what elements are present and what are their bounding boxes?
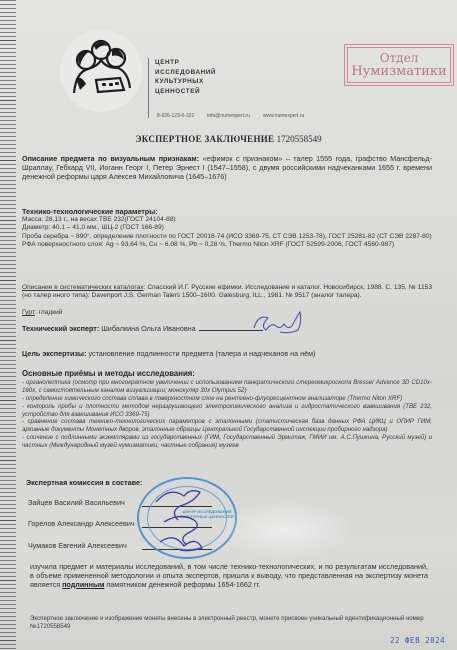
numismatics-department-stamp: Отдел Нумизматики	[344, 44, 454, 86]
title-text: ЭКСПЕРТНОЕ ЗАКЛЮЧЕНИЕ	[135, 134, 274, 144]
stamp-line-2: Нумизматики	[351, 65, 446, 79]
catalogs-section: Описание в систематических каталогах: Сп…	[22, 284, 432, 300]
phone-number: 8-926-123-0-321	[157, 113, 194, 119]
document-page: ЦЕНТР ИССЛЕДОВАНИЙ КУЛЬТУРНЫХ ЦЕННОСТЕЙ …	[0, 0, 457, 650]
stamp-line-1: Отдел	[380, 51, 419, 65]
org-name-line: ИССЛЕДОВАНИЙ	[155, 68, 216, 78]
commission-label: Экспертная комиссия в составе:	[26, 478, 142, 487]
commission-member: Зайцев Василий Васильевич	[28, 498, 125, 507]
commission-member: Горелов Александр Алексеевич	[28, 519, 135, 528]
edge-value: : гладкий	[35, 309, 63, 316]
commission-signatures-icon	[150, 482, 230, 557]
ruler-tick	[0, 400, 16, 401]
ruler-tick	[0, 460, 16, 461]
header-divider	[148, 58, 149, 118]
goal-text: установление подлинности предмета (талер…	[86, 349, 315, 358]
experts-logo-icon	[68, 38, 134, 98]
ruler-tick	[0, 280, 16, 281]
ruler-tick	[0, 160, 16, 161]
tech-param-mass: Масса: 28,13 г., на весах ТВЕ 232(ГОСТ 2…	[22, 216, 432, 224]
document-number: 1720558549	[277, 134, 322, 144]
method-item: - органолептика (осмотр при многократном…	[22, 379, 432, 395]
goal-label: Цель экспертизы:	[22, 349, 86, 358]
description-section: Описание предмета по визуальным признака…	[22, 155, 432, 182]
ruler-tick	[0, 640, 16, 641]
tech-expert-section: Технический эксперт: Шибалкина Ольга Ива…	[22, 323, 432, 334]
organization-name: ЦЕНТР ИССЛЕДОВАНИЙ КУЛЬТУРНЫХ ЦЕННОСТЕЙ	[155, 58, 216, 96]
method-item: - сравнение состава технико-технологичес…	[22, 418, 432, 434]
website-url: www.numexpert.ru	[263, 113, 304, 119]
org-name-line: ЦЕНТР	[155, 58, 216, 68]
document-title: ЭКСПЕРТНОЕ ЗАКЛЮЧЕНИЕ 1720558549	[0, 134, 457, 144]
methods-label: Основные приёмы и методы исследования:	[22, 370, 432, 379]
goal-section: Цель экспертизы: установление подлинност…	[22, 350, 432, 359]
catalogs-label: Описание в систематических каталогах	[22, 284, 144, 291]
tech-param-xrf: РФА поверхностного слоя: Ag ~ 93,64 %, C…	[22, 241, 432, 249]
ruler-tick	[0, 100, 16, 101]
tech-param-fineness: Проба серебра ~ 890°, определение плотно…	[22, 233, 432, 241]
measurement-ruler	[0, 0, 16, 650]
signature-icon	[250, 308, 310, 336]
authentic-highlight: подлинным	[62, 580, 104, 589]
ruler-tick	[0, 520, 16, 521]
method-item: - определение химического состава сплава…	[22, 395, 432, 403]
org-name-line: ЦЕННОСТЕЙ	[155, 87, 216, 97]
conclusion-section: изучила предмет и материалы исследований…	[30, 563, 428, 590]
edge-label: Гурт	[22, 309, 35, 316]
registry-note: Экспертное заключение и изображение моне…	[30, 615, 430, 631]
tech-params-label: Технико-технологические параметры:	[22, 208, 432, 216]
email-address: info@numexpert.ru	[207, 113, 250, 119]
tech-param-diameter: Диаметр: 40,1 – 41,0 мм., ШЦ-2 (ГОСТ 166…	[22, 224, 432, 232]
org-name-line: КУЛЬТУРНЫХ	[155, 77, 216, 87]
conclusion-text-end: памятником денежной реформы 1654-1662 гг…	[104, 580, 260, 589]
methods-section: Основные приёмы и методы исследования: -…	[22, 370, 432, 450]
ruler-tick	[0, 340, 16, 341]
tech-expert-name: Шибалкина Ольга Ивановна	[99, 324, 195, 333]
date-stamp: 22 ФЕВ 2024	[390, 636, 445, 645]
method-item: - сличение с подлинными экземплярами из …	[22, 434, 432, 450]
method-item: - контроль пробы и плотности методом нер…	[22, 403, 432, 419]
contact-info: 8-926-123-0-321 info@numexpert.ru www.nu…	[157, 113, 304, 119]
commission-member: Чумаков Евгений Алексеевич	[28, 541, 127, 550]
tech-params-section: Технико-технологические параметры: Масса…	[22, 208, 432, 249]
tech-expert-label: Технический эксперт:	[22, 324, 99, 333]
commission-section: Экспертная комиссия в составе:	[26, 479, 436, 488]
ruler-tick	[0, 40, 16, 41]
edge-section: Гурт: гладкий	[22, 309, 432, 317]
ruler-tick	[0, 580, 16, 581]
description-label: Описание предмета по визуальным признака…	[22, 154, 199, 163]
ruler-tick	[0, 220, 16, 221]
